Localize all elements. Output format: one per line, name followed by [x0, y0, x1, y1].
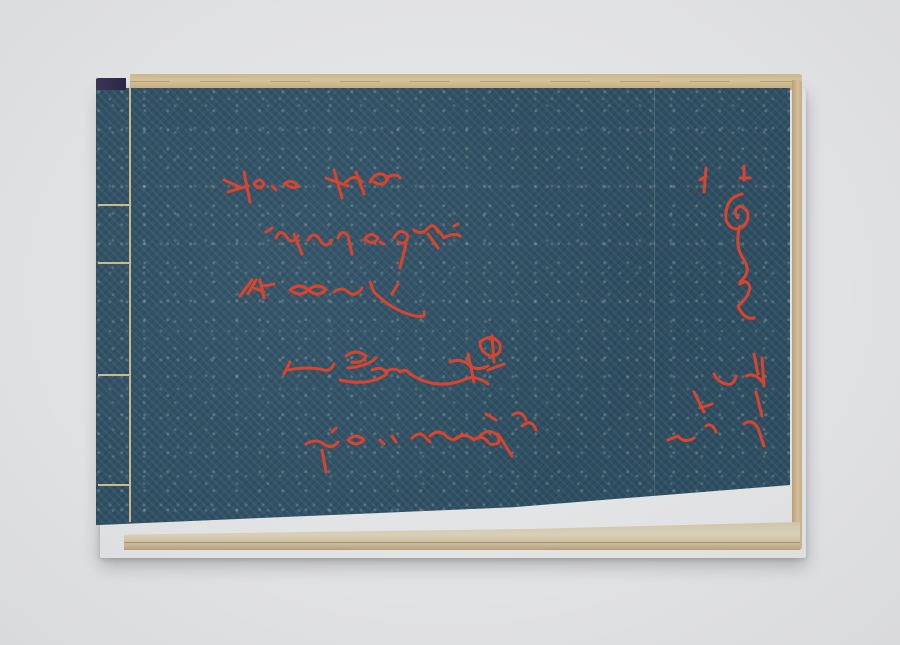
binding-stitch: [98, 204, 131, 206]
binding-stitch: [98, 374, 131, 376]
page-edge-bottom: [124, 522, 800, 550]
binding-thread-vertical: [129, 88, 131, 522]
book: [94, 74, 802, 550]
corner-cloth-purple: [96, 78, 126, 90]
binding-stitch: [98, 262, 131, 264]
binding-stitch: [98, 484, 131, 486]
page-edge-right: [792, 80, 802, 550]
page-edge-top: [130, 74, 802, 90]
cover-wear-texture: [96, 88, 790, 534]
book-cover: [96, 88, 790, 534]
cover-fold-line: [654, 88, 655, 534]
